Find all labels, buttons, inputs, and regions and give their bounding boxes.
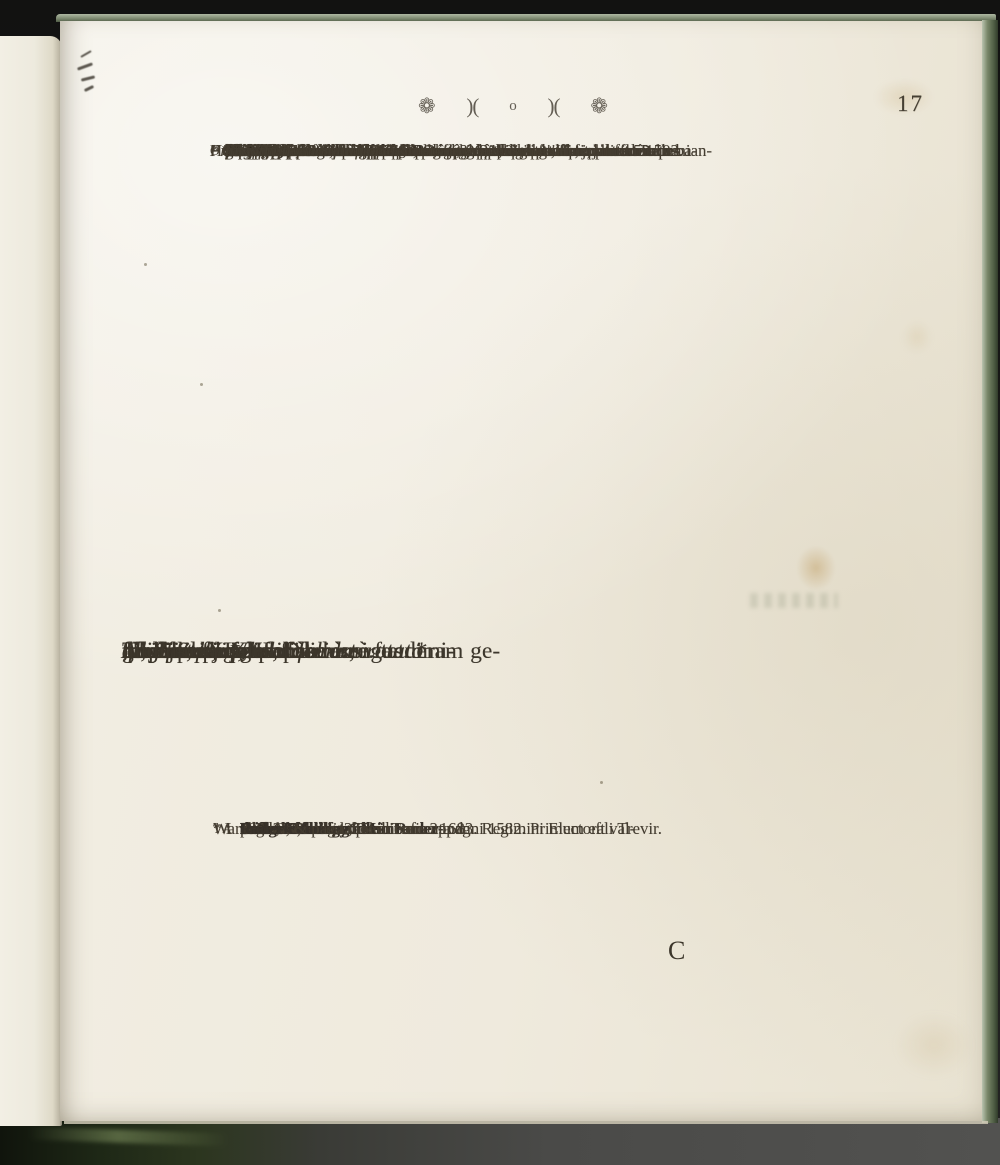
foxing-stain <box>788 536 844 600</box>
paper-speck <box>200 383 203 386</box>
ink-showthrough <box>750 593 838 608</box>
catchword-signature: C <box>668 936 685 966</box>
paper-speck <box>218 609 221 612</box>
foxing-stain <box>896 313 938 361</box>
page-number: 17 <box>897 91 924 117</box>
cover-edge-right <box>982 20 998 1123</box>
foxing-stain <box>878 999 990 1091</box>
ink-smudge <box>84 85 94 92</box>
parenthesis-ornament: )( <box>466 94 478 119</box>
ink-smudge <box>80 50 91 58</box>
header-ornament: ❁ )( o )( ❁ <box>418 91 608 121</box>
rosette-ornament-icon: ❁ <box>590 94 608 118</box>
parenthesis-ornament: )( <box>548 94 560 119</box>
book-page: ❁ )( o )( ❁ 17 * COMPUTUS Hönning. prædi… <box>60 21 982 1121</box>
rosette-ornament-icon: ❁ <box>418 94 436 118</box>
ink-smudge <box>77 62 93 70</box>
circle-ornament: o <box>509 98 517 115</box>
page-bottom-edge <box>64 1121 988 1124</box>
under-page-fore-edge <box>0 36 62 1126</box>
paper-speck <box>600 781 603 784</box>
ink-smudge <box>81 75 95 81</box>
paper-speck <box>144 263 147 266</box>
scanned-book-photo: ❁ )( o )( ❁ 17 * COMPUTUS Hönning. prædi… <box>0 0 1000 1165</box>
